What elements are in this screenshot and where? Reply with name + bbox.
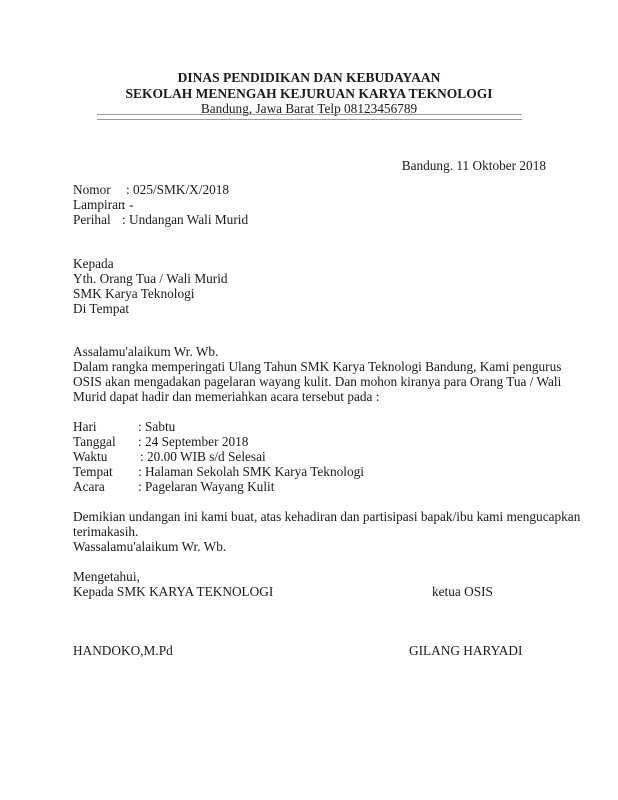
body-line: Murid dapat hadir dan memeriahkan acara …: [73, 389, 379, 405]
letterhead-agency: DINAS PENDIDIKAN DAN KEBUDAYAAN: [0, 70, 618, 86]
event-label-waktu: Waktu: [73, 449, 107, 465]
body-line: Dalam rangka memperingati Ulang Tahun SM…: [73, 359, 561, 375]
recipient-line: Kepada: [73, 256, 114, 272]
greeting: Assalamu'alaikum Wr. Wb.: [73, 344, 218, 360]
signature-left-title: Kepada SMK KARYA TEKNOLOGI: [73, 584, 273, 600]
event-label-acara: Acara: [73, 479, 105, 495]
recipient-line: Yth. Orang Tua / Wali Murid: [73, 271, 228, 287]
letterhead-separator: [97, 114, 522, 120]
event-value-acara: : Pagelaran Wayang Kulit: [138, 479, 274, 495]
acknowledged-label: Mengetahui,: [73, 569, 140, 585]
recipient-line: Di Tempat: [73, 301, 129, 317]
letter-date: Bandung. 11 Oktober 2018: [402, 158, 546, 174]
signature-right-name: GILANG HARYADI: [409, 643, 522, 659]
closing-line: Demikian undangan ini kami buat, atas ke…: [73, 509, 580, 525]
signature-right-title: ketua OSIS: [432, 584, 493, 600]
meta-value-lampiran: : -: [122, 197, 133, 213]
closing-line: terimakasih.: [73, 524, 138, 540]
event-label-tanggal: Tanggal: [73, 434, 116, 450]
event-label-hari: Hari: [73, 419, 97, 435]
event-value-tempat: : Halaman Sekolah SMK Karya Teknologi: [138, 464, 364, 480]
meta-value-perihal: : Undangan Wali Murid: [122, 212, 248, 228]
body-line: OSIS akan mengadakan pagelaran wayang ku…: [73, 374, 561, 390]
recipient-line: SMK Karya Teknologi: [73, 286, 194, 302]
event-value-tanggal: : 24 September 2018: [138, 434, 248, 450]
event-label-tempat: Tempat: [73, 464, 113, 480]
event-value-hari: : Sabtu: [138, 419, 175, 435]
meta-value-nomor: : 025/SMK/X/2018: [126, 182, 229, 198]
signature-left-name: HANDOKO,M.Pd: [73, 643, 173, 659]
event-value-waktu: : 20.00 WIB s/d Selesai: [140, 449, 266, 465]
meta-label-nomor: Nomor: [73, 182, 111, 198]
meta-label-lampiran: Lampiran: [73, 197, 125, 213]
closing-line: Wassalamu'alaikum Wr. Wb.: [73, 539, 226, 555]
meta-label-perihal: Perihal: [73, 212, 111, 228]
letterhead-school: SEKOLAH MENENGAH KEJURUAN KARYA TEKNOLOG…: [0, 86, 618, 102]
